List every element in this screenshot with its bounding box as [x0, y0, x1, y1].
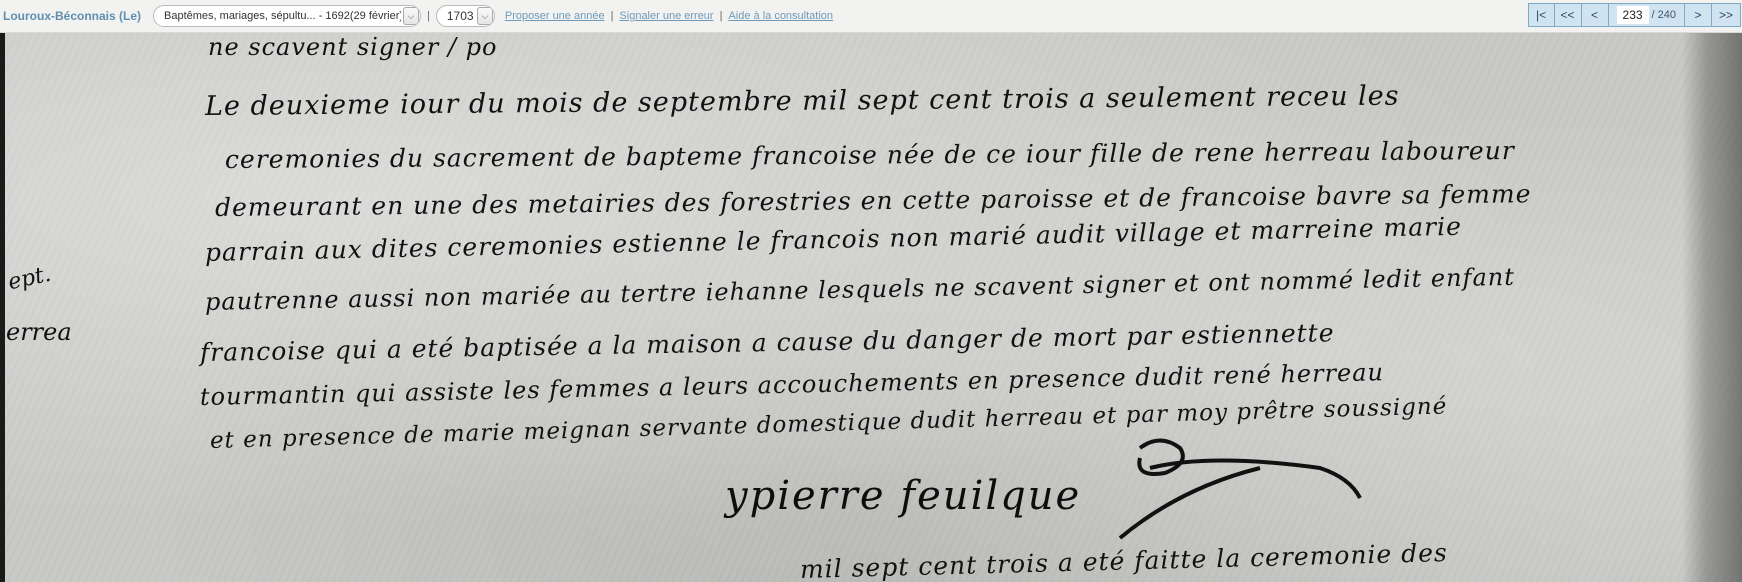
commune-title: Louroux-Béconnais (Le) [3, 9, 141, 23]
handwritten-line: francoise qui a eté baptisée a la maison… [200, 318, 1335, 367]
page-edge [0, 33, 5, 582]
page-total: / 240 [1652, 9, 1676, 21]
handwritten-line: pautrenne aussi non mariée au tertre ieh… [205, 263, 1515, 316]
signature-flourish-icon [1080, 428, 1380, 558]
handwritten-line: Le deuxieme iour du mois de septembre mi… [205, 81, 1400, 122]
rewind-button[interactable]: << [1555, 4, 1582, 26]
fast-forward-button[interactable]: >> [1712, 4, 1740, 26]
handwritten-line: ceremonies du sacrement de bapteme franc… [225, 136, 1515, 174]
link-separator: | [611, 10, 614, 22]
next-page-button[interactable]: > [1685, 4, 1712, 26]
page-navigator: |< << < / 240 > >> [1528, 3, 1741, 27]
page-number-input[interactable] [1617, 6, 1649, 24]
handwritten-line: ne scavent signer / po [208, 33, 498, 61]
propose-year-link[interactable]: Proposer une année [505, 10, 605, 22]
series-select[interactable]: Baptêmes, mariages, sépultu... - 1692(29… [153, 5, 421, 27]
page-box: / 240 [1609, 4, 1685, 26]
chevron-down-icon[interactable]: ⌵ [477, 7, 493, 25]
signature: ypierre feuilque [725, 473, 1081, 519]
register-image-viewer[interactable]: ept. errea ne scavent signer / po Le deu… [0, 33, 1742, 582]
year-select-value: 1703 [447, 9, 475, 23]
link-separator: | [720, 10, 723, 22]
year-select[interactable]: 1703 ⌵ [436, 5, 495, 27]
viewer-toolbar: Louroux-Béconnais (Le) Baptêmes, mariage… [0, 0, 1742, 33]
series-select-value: Baptêmes, mariages, sépultu... - 1692(29… [164, 10, 401, 22]
margin-note: ept. [6, 262, 53, 295]
report-error-link[interactable]: Signaler une erreur [619, 10, 713, 22]
separator: | [427, 10, 430, 22]
margin-note: errea [6, 318, 72, 346]
previous-page-button[interactable]: < [1582, 4, 1609, 26]
help-link[interactable]: Aide à la consultation [728, 10, 833, 22]
first-page-button[interactable]: |< [1529, 4, 1555, 26]
page-edge [1682, 33, 1742, 582]
chevron-down-icon[interactable]: ⌵ [403, 7, 419, 25]
